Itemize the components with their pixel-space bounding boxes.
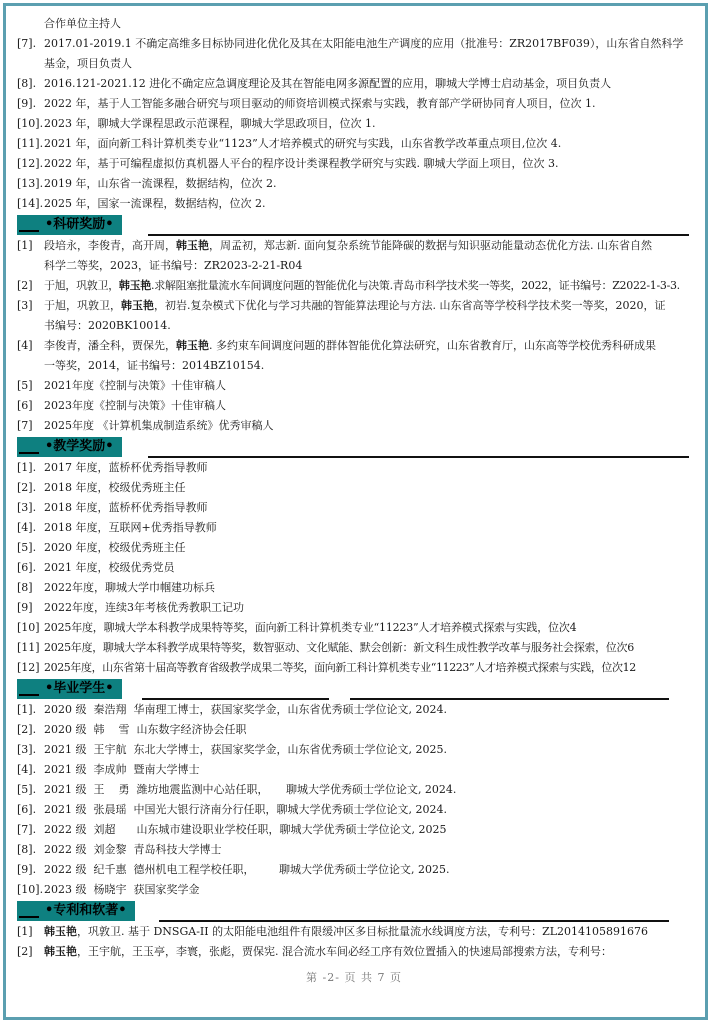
list-item: [13].2019 年，山东省一流课程，数据结构，位次 2.	[17, 174, 689, 194]
highlighted-author: 韩玉艳	[44, 925, 77, 938]
highlighted-author: 韩玉艳	[176, 239, 209, 252]
list-item: [7].2022 级 刘超 山东城市建设职业学校任职，聊城大学优秀硕士学位论文,…	[17, 820, 689, 840]
list-item: [1].2020 级 秦浩翔 华南理工博士，获国家奖学金，山东省优秀硕士学位论文…	[17, 700, 689, 720]
list-item: [6].2021 级 张晨瑶 中国光大银行济南分行任职，聊城大学优秀硕士学位论文…	[17, 800, 689, 820]
section-badge: •科研奖励•	[17, 215, 122, 235]
list-item: [4].2018 年度，互联网+优秀指导教师	[17, 518, 689, 538]
list-item: [2]韩玉艳，王宇航，王玉亭，李寰，张彪，贾保宪. 混合流水车间必经工序有效位置…	[17, 942, 689, 962]
list-item: [2].2018 年度，校级优秀班主任	[17, 478, 689, 498]
list-item: [2].2020 级 韩 雪 山东数字经济协会任职	[17, 720, 689, 740]
list-item-continuation: 一等奖，2014，证书编号：2014BZ10154.	[17, 356, 689, 376]
project-continuation: 合作单位主持人	[17, 14, 689, 34]
list-item: [10].2023 级 杨晓宇 获国家奖学金	[17, 880, 689, 900]
list-item: [9]2022年度，连续3年考核优秀教职工记功	[17, 598, 689, 618]
list-item: [6]2023年度《控制与决策》十佳审稿人	[17, 396, 689, 416]
section-badge: •专利和软著•	[17, 901, 135, 921]
section-header-graduates: •毕业学生•	[17, 678, 689, 700]
list-item: [11].2021 年，面向新工科计算机类专业“1123”人才培养模式的研究与实…	[17, 134, 689, 154]
list-item: [11]2025年度，聊城大学本科教学成果特等奖，数智驱动、文化赋能、默会创新：…	[17, 638, 689, 658]
list-item: [5].2020 年度，校级优秀班主任	[17, 538, 689, 558]
list-item: [7].2017.01-2019.1 不确定高维多目标协同进化优化及其在太阳能电…	[17, 34, 689, 54]
list-item: [2]于旭，巩敦卫，韩玉艳.求解阻塞批量流水车间调度问题的智能优化与决策.青岛市…	[17, 276, 689, 296]
list-item: [1]韩玉艳，巩敦卫. 基于 DNSGA-II 的太阳能电池组件有限缓冲区多目标…	[17, 922, 689, 942]
list-item: [5].2021 级 王 勇 潍坊地震监测中心站任职， 聊城大学优秀硕士学位论文…	[17, 780, 689, 800]
highlighted-author: 韩玉艳	[119, 279, 151, 292]
list-item: [8].2016.121-2021.12 进化不确定应急调度理论及其在智能电网多…	[17, 74, 689, 94]
highlighted-author: 韩玉艳	[44, 945, 77, 958]
section-header-research-awards: •科研奖励•	[17, 214, 689, 236]
list-item: [3]于旭，巩敦卫，韩玉艳，初岩.复杂模式下优化与学习共融的智能算法理论与方法.…	[17, 296, 689, 316]
list-item: [7]2025年度 《计算机集成制造系统》优秀审稿人	[17, 416, 689, 436]
section-badge: •教学奖励•	[17, 437, 122, 457]
list-item: [4].2021 级 李成帅 暨南大学博士	[17, 760, 689, 780]
list-item: [9].2022 年，基于人工智能多融合研究与项目驱动的师资培训模式探索与实践，…	[17, 94, 689, 114]
document-page: 合作单位主持人 [7].2017.01-2019.1 不确定高维多目标协同进化优…	[17, 14, 689, 962]
list-item: [1].2017 年度，蓝桥杯优秀指导教师	[17, 458, 689, 478]
list-item-continuation: 科学二等奖，2023，证书编号：ZR2023-2-21-R04	[17, 256, 689, 276]
list-item: [3].2021 级 王宇航 东北大学博士，获国家奖学金，山东省优秀硕士学位论文…	[17, 740, 689, 760]
leader-line	[19, 916, 39, 918]
list-item: [8]2022年度，聊城大学巾帼建功标兵	[17, 578, 689, 598]
list-item: [5]2021年度《控制与决策》十佳审稿人	[17, 376, 689, 396]
leader-line	[19, 230, 39, 232]
list-item: [10].2023 年，聊城大学课程思政示范课程，聊城大学思政项目，位次 1.	[17, 114, 689, 134]
section-header-patents: •专利和软著•	[17, 900, 689, 922]
page-footer: 第 -2- 页 共 7 页	[0, 969, 708, 985]
list-item: [12]2025年度，山东省第十届高等教育省级教学成果二等奖，面向新工科计算机类…	[17, 658, 689, 678]
list-item: [3].2018 年度，蓝桥杯优秀指导教师	[17, 498, 689, 518]
highlighted-author: 韩玉艳	[121, 299, 154, 312]
list-item-continuation: 基金，项目负责人	[17, 54, 689, 74]
list-item: [1]段培永，李俊青，高开周，韩玉艳，周孟初，郑志新. 面向复杂系统节能降碳的数…	[17, 236, 689, 256]
list-item-continuation: 书编号：2020BK10014.	[17, 316, 689, 336]
list-item: [10]2025年度，聊城大学本科教学成果特等奖，面向新工科计算机类专业“112…	[17, 618, 689, 638]
list-item: [14].2025 年，国家一流课程，数据结构，位次 2.	[17, 194, 689, 214]
leader-line	[19, 452, 39, 454]
highlighted-author: 韩玉艳	[176, 339, 209, 352]
list-item: [9].2022 级 纪千惠 德州机电工程学校任职， 聊城大学优秀硕士学位论文,…	[17, 860, 689, 880]
list-item: [12].2022 年，基于可编程虚拟仿真机器人平台的程序设计类课程教学研究与实…	[17, 154, 689, 174]
list-item: [4]李俊青，潘全科，贾保先，韩玉艳. 多约束车间调度问题的群体智能优化算法研究…	[17, 336, 689, 356]
leader-line	[19, 694, 39, 696]
section-badge: •毕业学生•	[17, 679, 122, 699]
section-header-teaching-awards: •教学奖励•	[17, 436, 689, 458]
list-item: [8].2022 级 刘金黎 青岛科技大学博士	[17, 840, 689, 860]
list-item: [6].2021 年度，校级优秀党员	[17, 558, 689, 578]
